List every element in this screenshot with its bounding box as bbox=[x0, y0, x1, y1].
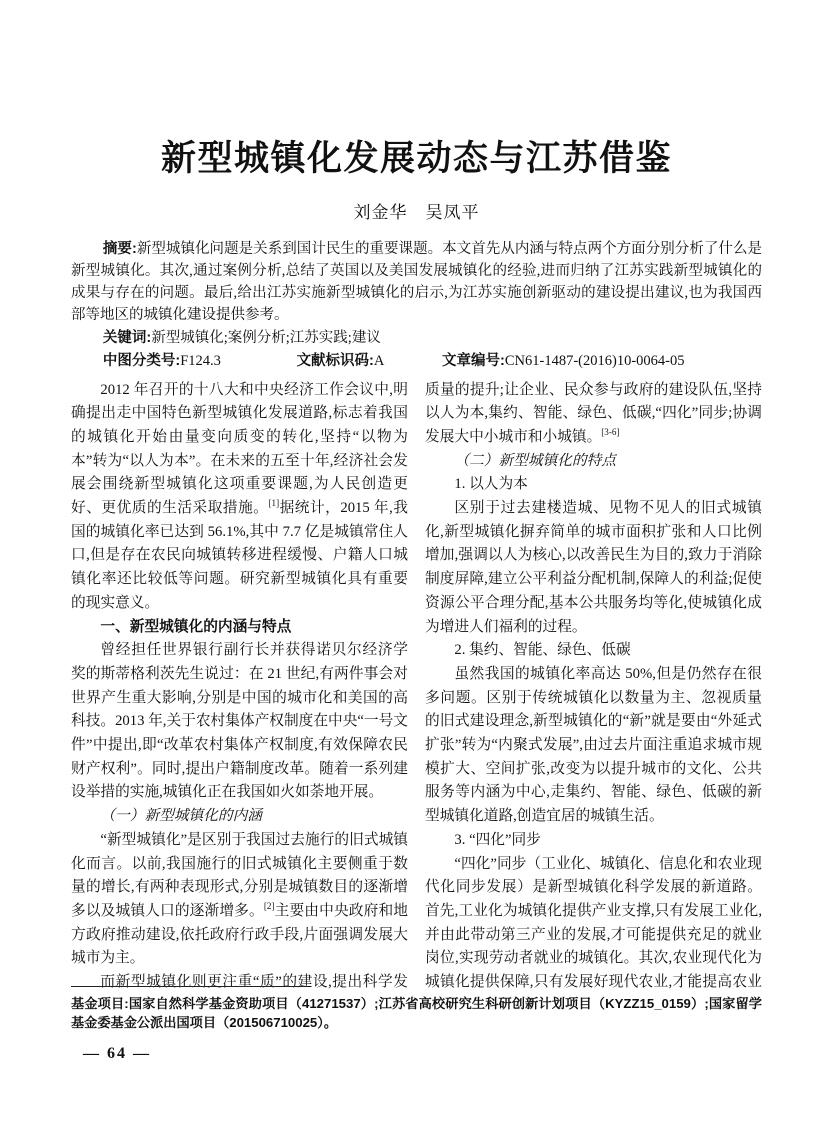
funding-label: 基金项目: bbox=[71, 996, 129, 1011]
footnote-area: 基金项目:国家自然科学基金资助项目（41271537）;江苏省高校研究生科研创新… bbox=[71, 986, 762, 1063]
clc-number: 中图分类号:F124.3 bbox=[103, 353, 221, 369]
article-id: 文章编号:CN61-1487-(2016)10-0064-05 bbox=[442, 353, 684, 369]
document-code: 文献标识码:A bbox=[297, 353, 385, 369]
body-columns: 2012 年召开的十八大和中央经济工作会议中,明确提出走中国特色新型城镇化发展道… bbox=[71, 379, 762, 995]
authors: 刘金华 吴凤平 bbox=[71, 198, 762, 223]
paragraph: “四化”同步（工业化、城镇化、信息化和农业现代化同步发展）是新型城镇化科学发展的… bbox=[425, 853, 762, 995]
section-heading-1: 一、新型城镇化的内涵与特点 bbox=[71, 616, 408, 640]
footnote-divider bbox=[71, 986, 308, 987]
page-number: — 64 — bbox=[71, 1045, 762, 1063]
keywords: 关键词:新型城镇化;案例分析;江苏实践;建议 bbox=[71, 327, 762, 349]
paper-title: 新型城镇化发展动态与江苏借鉴 bbox=[71, 136, 762, 182]
paragraph: 虽然我国的城镇化率高达 50%,但是仍然存在很多问题。区别于传统城镇化以数量为主… bbox=[425, 663, 762, 829]
paragraph-continuation: 质量的提升;让企业、民众参与政府的建设队伍,坚持以人为本,集约、智能、绿色、低碳… bbox=[425, 379, 762, 450]
keywords-label: 关键词: bbox=[103, 330, 151, 346]
paragraph: 2012 年召开的十八大和中央经济工作会议中,明确提出走中国特色新型城镇化发展道… bbox=[71, 379, 408, 616]
abstract: 摘要:新型城镇化问题是关系到国计民生的重要课题。本文首先从内涵与特点两个方面分别… bbox=[71, 238, 762, 326]
left-column: 2012 年召开的十八大和中央经济工作会议中,明确提出走中国特色新型城镇化发展道… bbox=[71, 379, 408, 995]
publication-info: 中图分类号:F124.3 文献标识码:A 文章编号:CN61-1487-(201… bbox=[71, 350, 762, 372]
paragraph: “新型城镇化”是区别于我国过去施行的旧式城镇化而言。以前,我国施行的旧式城镇化主… bbox=[71, 829, 408, 971]
keywords-text: 新型城镇化;案例分析;江苏实践;建议 bbox=[151, 330, 381, 346]
numbered-point-1: 1. 以人为本 bbox=[425, 473, 762, 497]
subsection-heading-1: （一）新型城镇化的内涵 bbox=[71, 805, 408, 829]
right-column: 质量的提升;让企业、民众参与政府的建设队伍,坚持以人为本,集约、智能、绿色、低碳… bbox=[425, 379, 762, 995]
paragraph: 曾经担任世界银行副行长并获得诺贝尔经济学奖的斯蒂格利茨先生说过：在 21 世纪,… bbox=[71, 639, 408, 805]
funding-text: 国家自然科学基金资助项目（41271537）;江苏省高校研究生科研创新计划项目（… bbox=[71, 996, 762, 1030]
numbered-point-3: 3. “四化”同步 bbox=[425, 829, 762, 853]
paragraph: 区别于过去建楼造城、见物不见人的旧式城镇化,新型城镇化摒弃简单的城市面积扩张和人… bbox=[425, 497, 762, 639]
abstract-text: 新型城镇化问题是关系到国计民生的重要课题。本文首先从内涵与特点两个方面分别分析了… bbox=[71, 241, 762, 323]
numbered-point-2: 2. 集约、智能、绿色、低碳 bbox=[425, 639, 762, 663]
abstract-label: 摘要: bbox=[103, 241, 137, 257]
subsection-heading-2: （二）新型城镇化的特点 bbox=[425, 450, 762, 474]
funding-note: 基金项目:国家自然科学基金资助项目（41271537）;江苏省高校研究生科研创新… bbox=[71, 994, 762, 1032]
paper-page: 新型城镇化发展动态与江苏借鉴 刘金华 吴凤平 摘要:新型城镇化问题是关系到国计民… bbox=[0, 0, 833, 1123]
